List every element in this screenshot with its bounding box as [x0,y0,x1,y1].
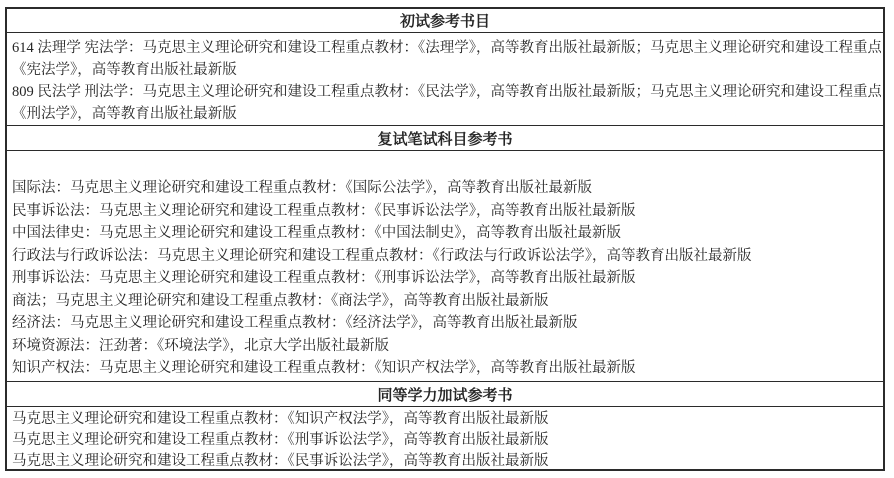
book-line: 809 民法学 刑法学：马克思主义理论研究和建设工程重点教材：《民法学》，高等教… [12,81,881,103]
section-header-preliminary-exam: 初试参考书目 [7,9,883,33]
section-body-preliminary-exam: 614 法理学 宪法学：马克思主义理论研究和建设工程重点教材：《法理学》，高等教… [7,33,883,125]
book-line: 商法；马克思主义理论研究和建设工程重点教材：《商法学》，高等教育出版社最新版 [12,290,881,313]
section-header-retest-written-subjects: 复试笔试科目参考书 [7,125,883,151]
book-line: 知识产权法：马克思主义理论研究和建设工程重点教材：《知识产权法学》，高等教育出版… [12,357,881,380]
book-line: 国际法：马克思主义理论研究和建设工程重点教材：《国际公法学》，高等教育出版社最新… [12,177,881,200]
book-line: 行政法与行政诉讼法：马克思主义理论研究和建设工程重点教材：《行政法与行政诉讼法学… [12,245,881,268]
book-line: 马克思主义理论研究和建设工程重点教材：《民事诉讼法学》，高等教育出版社最新版 [12,451,881,471]
section-header-equivalent-qualification-extra-test: 同等学力加试参考书 [7,381,883,407]
book-line: 民事诉讼法：马克思主义理论研究和建设工程重点教材：《民事诉讼法学》，高等教育出版… [12,200,881,223]
section-body-retest-written-subjects: 国际法：马克思主义理论研究和建设工程重点教材：《国际公法学》，高等教育出版社最新… [7,151,883,381]
book-line: 《刑法学》，高等教育出版社最新版 [12,103,881,125]
book-line: 《宪法学》，高等教育出版社最新版 [12,59,881,81]
book-line: 马克思主义理论研究和建设工程重点教材：《刑事诉讼法学》，高等教育出版社最新版 [12,430,881,451]
reference-books-table: 初试参考书目 614 法理学 宪法学：马克思主义理论研究和建设工程重点教材：《法… [5,7,885,471]
book-line: 经济法：马克思主义理论研究和建设工程重点教材：《经济法学》，高等教育出版社最新版 [12,312,881,335]
book-line: 环境资源法：汪劲著：《环境法学》，北京大学出版社最新版 [12,335,881,358]
book-line: 刑事诉讼法：马克思主义理论研究和建设工程重点教材：《刑事诉讼法学》，高等教育出版… [12,267,881,290]
book-line: 614 法理学 宪法学：马克思主义理论研究和建设工程重点教材：《法理学》，高等教… [12,37,881,59]
section-body-equivalent-qualification-extra-test: 马克思主义理论研究和建设工程重点教材：《知识产权法学》，高等教育出版社最新版 马… [7,407,883,471]
book-line: 马克思主义理论研究和建设工程重点教材：《知识产权法学》，高等教育出版社最新版 [12,409,881,430]
book-line: 中国法律史：马克思主义理论研究和建设工程重点教材：《中国法制史》，高等教育出版社… [12,222,881,245]
